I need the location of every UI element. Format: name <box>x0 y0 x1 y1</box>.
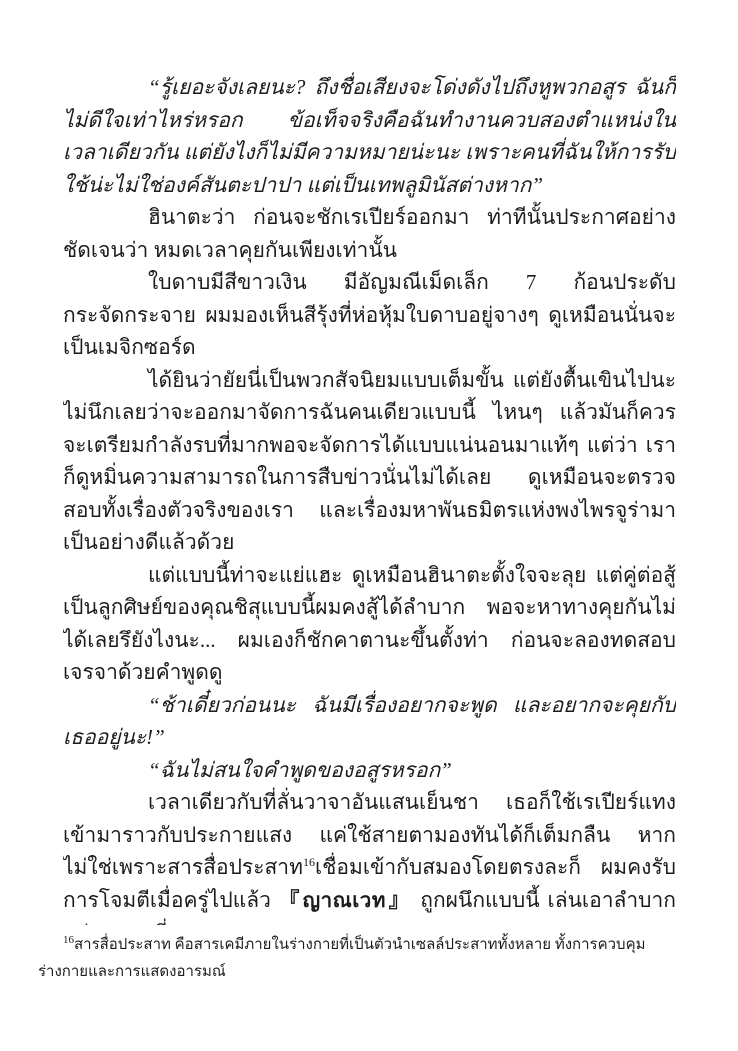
narration-paragraph-3: ได้ยินว่ายัยนี่เป็นพวกสัจนิยมแบบเต็มขั้น… <box>63 364 676 559</box>
book-page: “รู้เยอะจังเลยนะ? ถึงชื่อเสียงจะโด่งดังไ… <box>0 0 738 1051</box>
page-body-text: “รู้เยอะจังเลยนะ? ถึงชื่อเสียงจะโด่งดังไ… <box>63 71 676 925</box>
dialogue-paragraph-1: “รู้เยอะจังเลยนะ? ถึงชื่อเสียงจะโด่งดังไ… <box>63 71 676 201</box>
footnote: 16สารสื่อประสาท คือสารเคมีภายในร่างกายที… <box>38 932 676 986</box>
skill-term: 『ญาณเวท』 <box>279 889 413 912</box>
dialogue-paragraph-3: “ฉันไม่สนใจคำพูดของอสูรหรอก” <box>63 754 676 787</box>
dialogue-paragraph-2: “ช้าเดี๋ยวก่อนนะ ฉันมีเรื่องอยากจะพูด แล… <box>63 689 676 754</box>
narration-paragraph-4: แต่แบบนี้ท่าจะแย่แฮะ ดูเหมือนฮินาตะตั้งใ… <box>63 559 676 689</box>
footnote-text: สารสื่อประสาท คือสารเคมีภายในร่างกายที่เ… <box>38 937 646 980</box>
footnote-marker: 16 <box>63 934 74 946</box>
footnote-reference: 16 <box>303 855 315 869</box>
narration-paragraph-1: ฮินาตะว่า ก่อนจะชักเรเปียร์ออกมา ท่าทีนั… <box>63 201 676 266</box>
narration-paragraph-5: เวลาเดียวกับที่ลั่นวาจาอันแสนเย็นชา เธอก… <box>63 786 676 925</box>
narration-paragraph-2: ใบดาบมีสีขาวเงิน มีอัญมณีเม็ดเล็ก 7 ก้อน… <box>63 266 676 364</box>
